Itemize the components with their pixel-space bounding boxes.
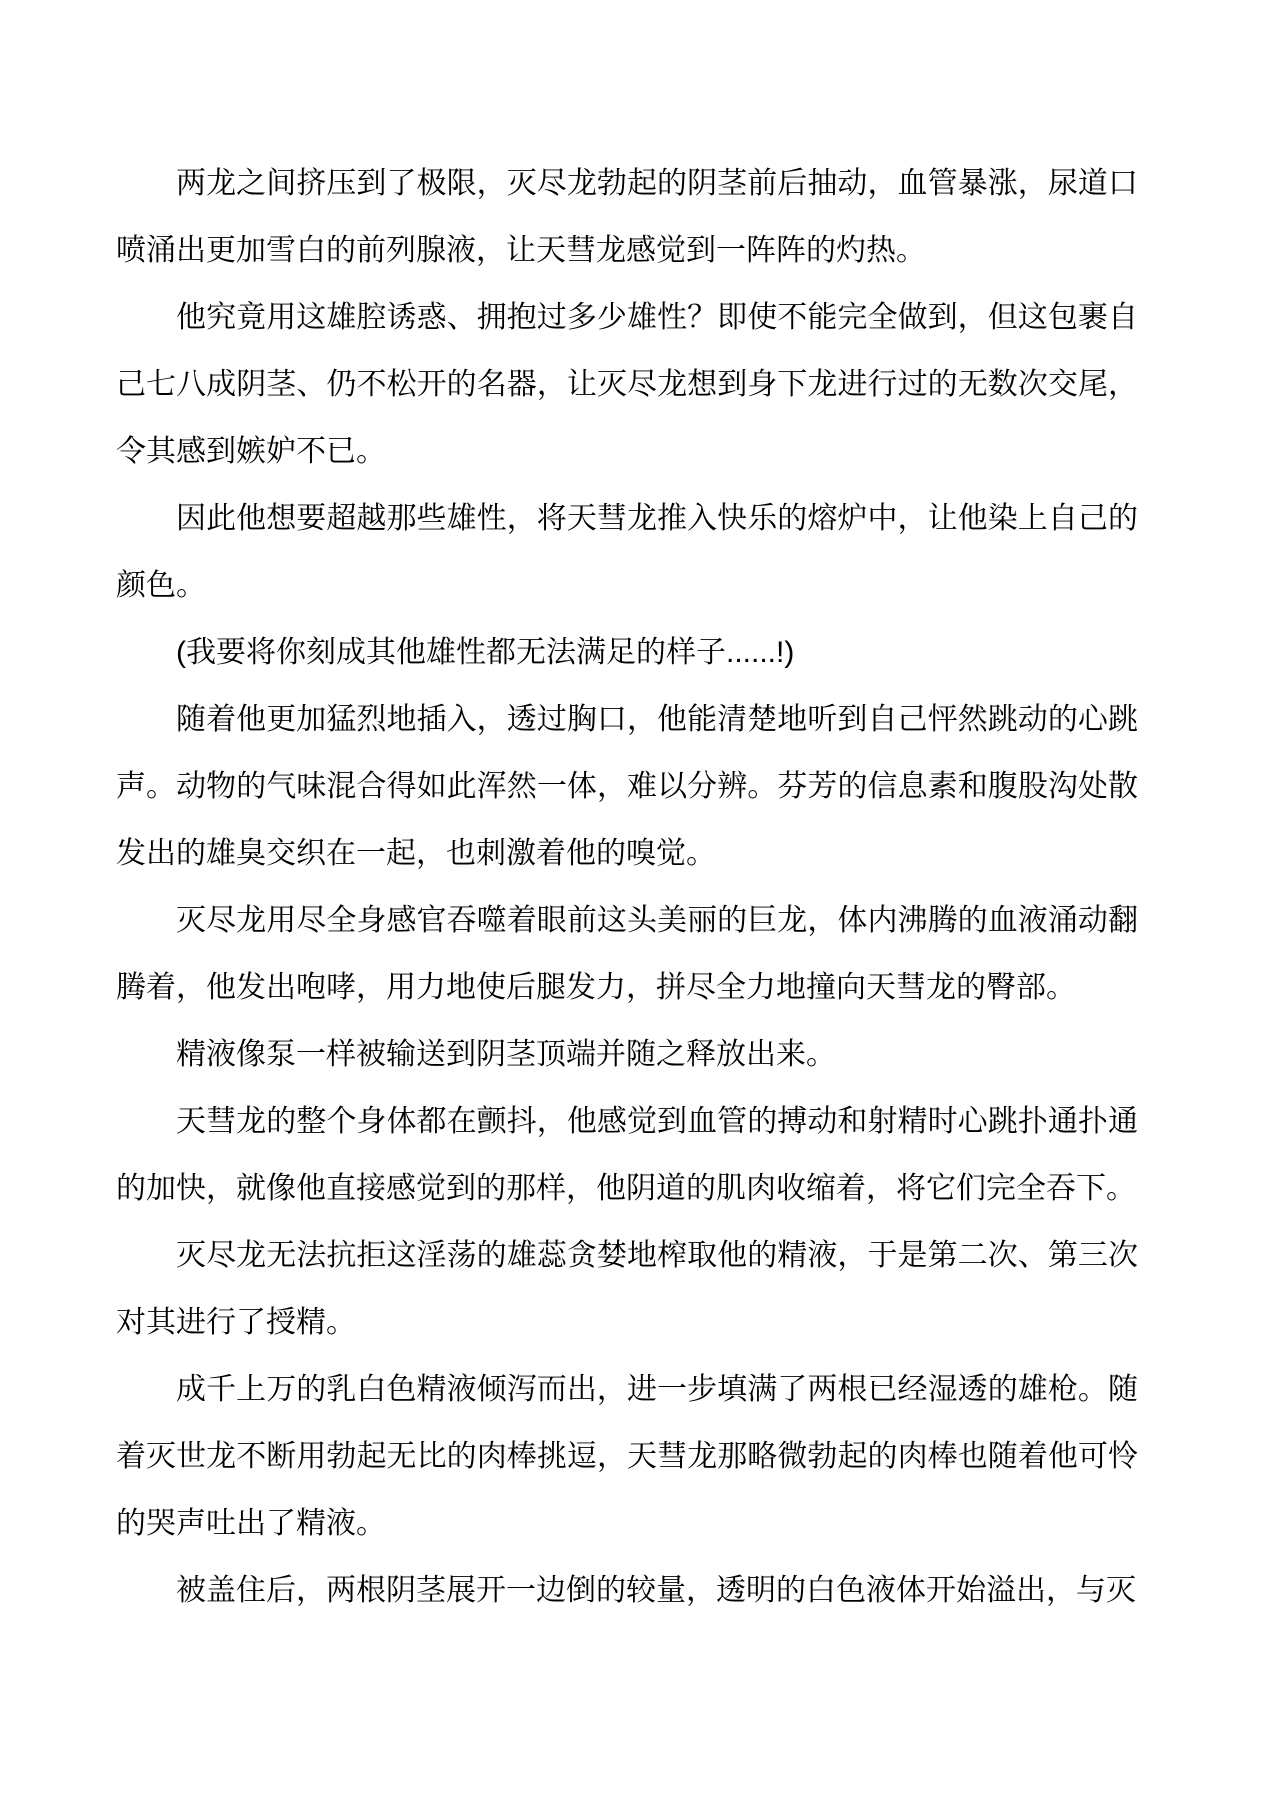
- text-body: 两龙之间挤压到了极限，灭尽龙勃起的阴茎前后抽动，血管暴涨，尿道口喷涌出更加雪白的…: [116, 150, 1138, 1624]
- paragraph: 灭尽龙用尽全身感官吞噬着眼前这头美丽的巨龙，体内沸腾的血液涌动翻腾着，他发出咆哮…: [116, 887, 1138, 1021]
- paragraph: 随着他更加猛烈地插入，透过胸口，他能清楚地听到自己怦然跳动的心跳声。动物的气味混…: [116, 686, 1138, 887]
- paragraph: 天彗龙的整个身体都在颤抖，他感觉到血管的搏动和射精时心跳扑通扑通的加快，就像他直…: [116, 1088, 1138, 1222]
- paragraph-truncated: 被盖住后，两根阴茎展开一边倒的较量，透明的白色液体开始溢出，与灭: [116, 1557, 1138, 1624]
- paragraph: 灭尽龙无法抗拒这淫荡的雄蕊贪婪地榨取他的精液，于是第二次、第三次对其进行了授精。: [116, 1222, 1138, 1356]
- document-page: 两龙之间挤压到了极限，灭尽龙勃起的阴茎前后抽动，血管暴涨，尿道口喷涌出更加雪白的…: [0, 0, 1280, 1811]
- paragraph: 精液像泵一样被输送到阴茎顶端并随之释放出来。: [116, 1021, 1138, 1088]
- paragraph: 因此他想要超越那些雄性，将天彗龙推入快乐的熔炉中，让他染上自己的颜色。: [116, 485, 1138, 619]
- paragraph: 他究竟用这雄腔诱惑、拥抱过多少雄性？即使不能完全做到，但这包裹自己七八成阴茎、仍…: [116, 284, 1138, 485]
- paragraph: 成千上万的乳白色精液倾泻而出，进一步填满了两根已经湿透的雄枪。随着灭世龙不断用勃…: [116, 1356, 1138, 1557]
- paragraph-inner-monologue: (我要将你刻成其他雄性都无法满足的样子......!): [116, 619, 1138, 686]
- paragraph: 两龙之间挤压到了极限，灭尽龙勃起的阴茎前后抽动，血管暴涨，尿道口喷涌出更加雪白的…: [116, 150, 1138, 284]
